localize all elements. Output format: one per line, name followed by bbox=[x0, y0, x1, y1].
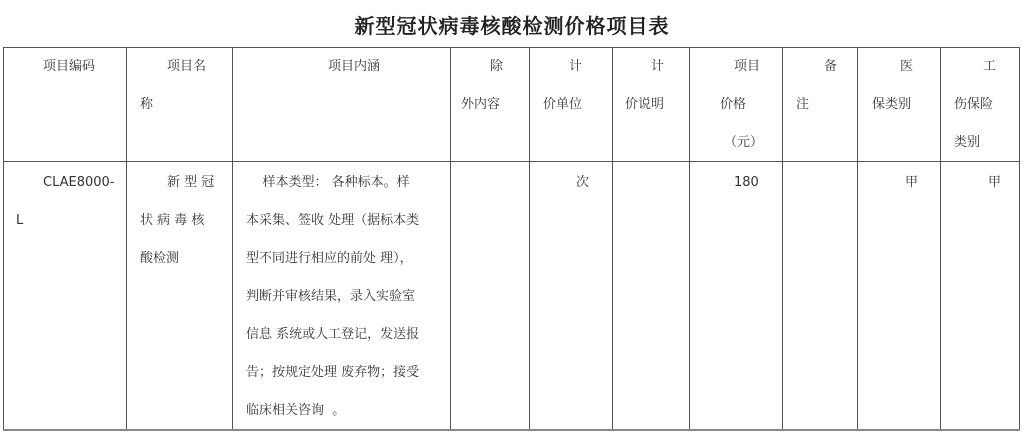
cell-name-line2: 状 病 毒 核 bbox=[140, 202, 204, 240]
cell-unit: 次 bbox=[576, 164, 589, 202]
header-divider bbox=[3, 161, 1020, 162]
column-divider bbox=[940, 47, 941, 430]
column-divider bbox=[689, 47, 690, 430]
column-divider bbox=[450, 47, 451, 430]
cell-price: 180 bbox=[734, 164, 759, 202]
header-name-line2: 称 bbox=[140, 86, 153, 124]
column-divider bbox=[612, 47, 613, 430]
cell-name-line1: 新 型 冠 bbox=[167, 164, 214, 202]
header-code: 项目编码 bbox=[43, 48, 95, 86]
column-divider bbox=[232, 47, 233, 430]
header-pricing-note-line1: 计 bbox=[651, 48, 664, 86]
header-pricing-note-line2: 价说明 bbox=[625, 86, 664, 124]
header-injury-line2: 伤保险 bbox=[954, 86, 993, 124]
header-medical-line1: 医 bbox=[900, 48, 913, 86]
column-divider bbox=[857, 47, 858, 430]
header-remark-line2: 注 bbox=[796, 86, 809, 124]
cell-content-line2: 本采集、签收 处理（据标本类 bbox=[246, 202, 419, 240]
header-name-line1: 项目名 bbox=[167, 48, 206, 86]
column-divider bbox=[529, 47, 530, 430]
header-injury-line1: 工 bbox=[983, 48, 996, 86]
table-bottom-edge bbox=[3, 429, 1020, 431]
cell-code-line2: L bbox=[16, 202, 23, 240]
header-injury-line3: 类别 bbox=[954, 124, 980, 162]
document-title: 新型冠状病毒核酸检测价格项目表 bbox=[0, 10, 1024, 39]
cell-injury-insurance: 甲 bbox=[988, 164, 1001, 202]
cell-content-line3: 型不同进行相应的前处 理）， bbox=[246, 240, 413, 278]
header-price-line1: 项目 bbox=[734, 48, 760, 86]
header-content: 项目内涵 bbox=[328, 48, 380, 86]
cell-content-line6: 告；按规定处理 废弃物；接受 bbox=[246, 354, 419, 392]
cell-content-line5: 信息 系统或人工登记，发送报 bbox=[246, 316, 419, 354]
column-divider bbox=[126, 47, 127, 430]
header-excluded-line1: 除 bbox=[490, 48, 503, 86]
column-divider bbox=[782, 47, 783, 430]
header-unit-line2: 价单位 bbox=[543, 86, 582, 124]
header-remark-line1: 备 bbox=[824, 48, 837, 86]
cell-content-line1: 样本类型： 各种标本。样 bbox=[246, 164, 410, 202]
cell-content-line7: 临床相关咨询 。 bbox=[246, 392, 345, 430]
header-price-line2: 价格 bbox=[720, 86, 746, 124]
header-price-line3: （元） bbox=[724, 124, 763, 162]
header-medical-line2: 保类别 bbox=[872, 86, 911, 124]
cell-code-line1: CLAE8000- bbox=[43, 164, 115, 202]
header-excluded-line2: 外内容 bbox=[461, 86, 500, 124]
cell-medical-insurance: 甲 bbox=[905, 164, 918, 202]
header-unit-line1: 计 bbox=[569, 48, 582, 86]
cell-content-line4: 判断并审核结果，录入实验室 bbox=[246, 278, 415, 316]
cell-name-line3: 酸检测 bbox=[140, 240, 179, 278]
